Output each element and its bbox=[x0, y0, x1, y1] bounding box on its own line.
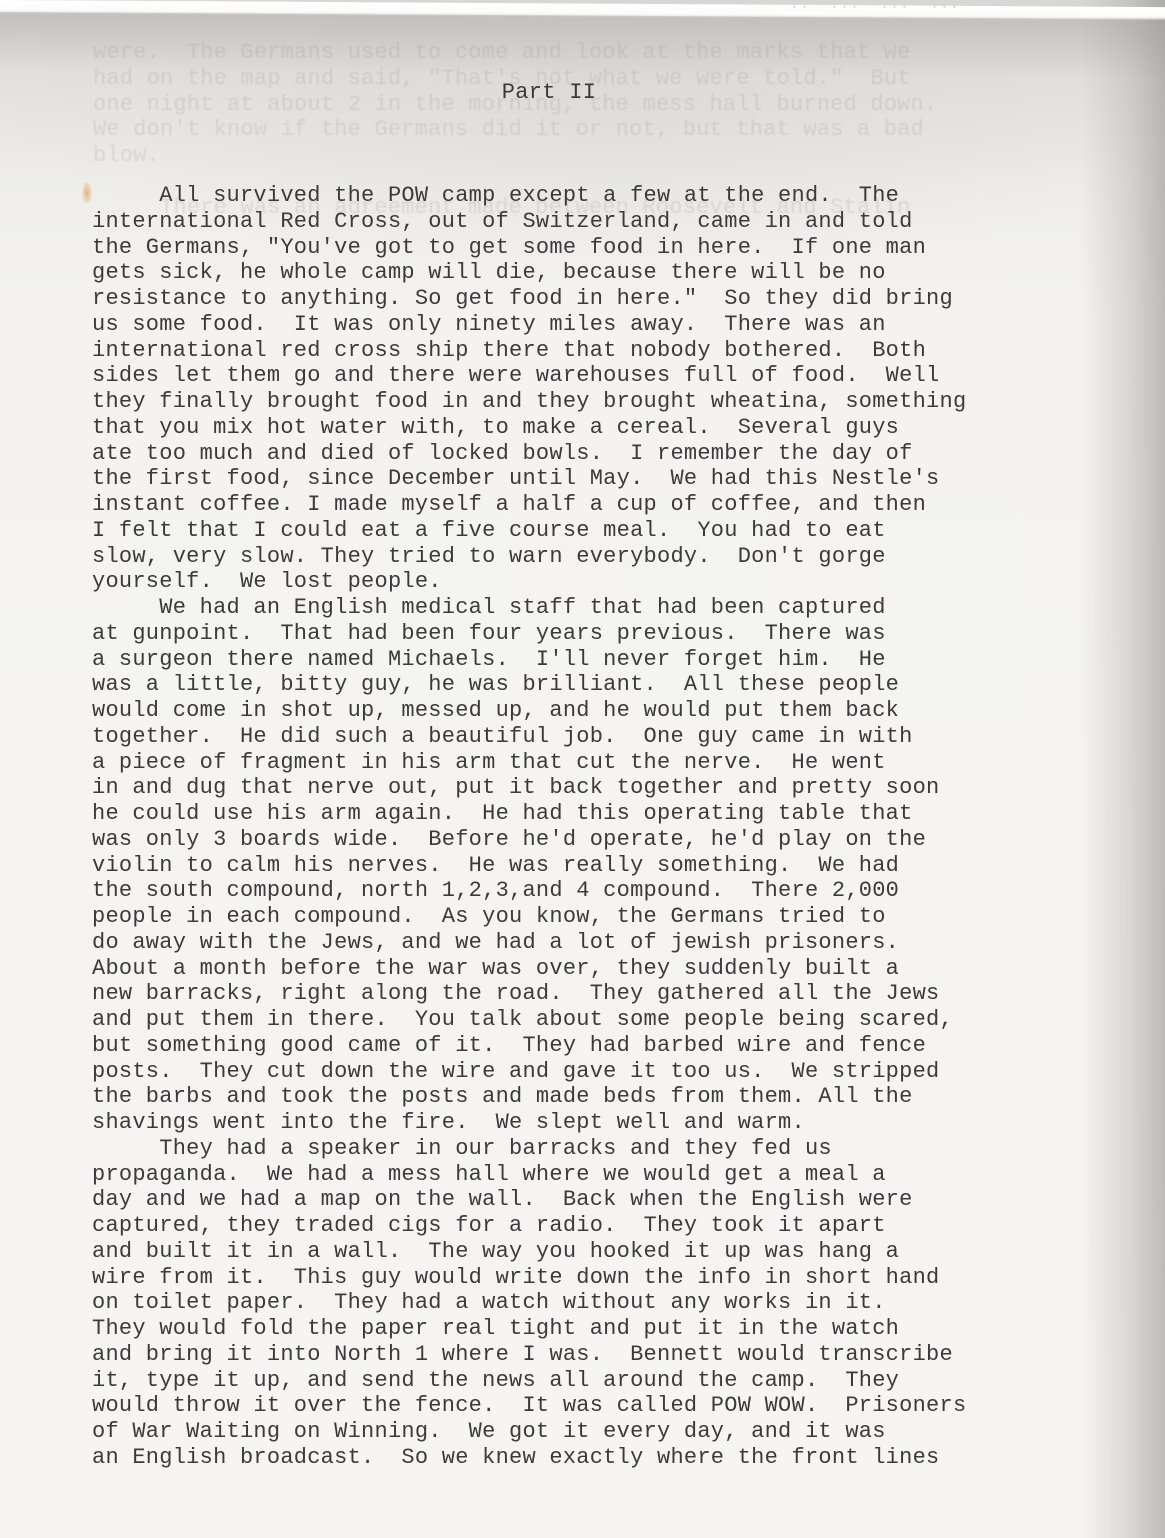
text-line: I felt that I could eat a five course me… bbox=[92, 518, 1152, 544]
text-line: sides let them go and there were warehou… bbox=[92, 363, 1152, 389]
text-line: slow, very slow. They tried to warn ever… bbox=[92, 544, 1152, 570]
text-line: They had a speaker in our barracks and t… bbox=[92, 1136, 1152, 1162]
bleed-through-line: were. The Germans used to come and look … bbox=[93, 40, 937, 66]
text-line: We had an English medical staff that had… bbox=[92, 595, 1152, 621]
text-line: yourself. We lost people. bbox=[92, 569, 1152, 595]
text-line: international Red Cross, out of Switzerl… bbox=[92, 209, 1152, 235]
paper-stain bbox=[82, 182, 92, 204]
text-line: was only 3 boards wide. Before he'd oper… bbox=[92, 827, 1152, 853]
text-line: instant coffee. I made myself a half a c… bbox=[92, 492, 1152, 518]
text-line: a piece of fragment in his arm that cut … bbox=[92, 750, 1152, 776]
text-line: They would fold the paper real tight and… bbox=[92, 1316, 1152, 1342]
text-line: All survived the POW camp except a few a… bbox=[92, 183, 1152, 209]
text-line: day and we had a map on the wall. Back w… bbox=[92, 1187, 1152, 1213]
text-line: captured, they traded cigs for a radio. … bbox=[92, 1213, 1152, 1239]
bleed-through-line: blow. bbox=[93, 143, 937, 169]
text-line: it, type it up, and send the news all ar… bbox=[92, 1368, 1152, 1394]
text-line: new barracks, right along the road. They… bbox=[92, 981, 1152, 1007]
text-line: the first food, since December until May… bbox=[92, 466, 1152, 492]
text-line: propaganda. We had a mess hall where we … bbox=[92, 1162, 1152, 1188]
text-line: together. He did such a beautiful job. O… bbox=[92, 724, 1152, 750]
text-line: violin to calm his nerves. He was really… bbox=[92, 853, 1152, 879]
text-line: that you mix hot water with, to make a c… bbox=[92, 415, 1152, 441]
document-page: .. ... ... ... were. The Germans used to… bbox=[0, 0, 1165, 1538]
text-line: shavings went into the fire. We slept we… bbox=[92, 1110, 1152, 1136]
text-line: ate too much and died of locked bowls. I… bbox=[92, 441, 1152, 467]
text-line: and put them in there. You talk about so… bbox=[92, 1007, 1152, 1033]
text-line: but something good came of it. They had … bbox=[92, 1033, 1152, 1059]
text-line: at gunpoint. That had been four years pr… bbox=[92, 621, 1152, 647]
page-title: Part II bbox=[0, 80, 1098, 105]
bleed-through-line: We don't know if the Germans did it or n… bbox=[93, 117, 937, 143]
text-line: us some food. It was only ninety miles a… bbox=[92, 312, 1152, 338]
text-line: wire from it. This guy would write down … bbox=[92, 1265, 1152, 1291]
text-line: and built it in a wall. The way you hook… bbox=[92, 1239, 1152, 1265]
text-line: the barbs and took the posts and made be… bbox=[92, 1084, 1152, 1110]
text-line: an English broadcast. So we knew exactly… bbox=[92, 1445, 1152, 1471]
text-line: would come in shot up, messed up, and he… bbox=[92, 698, 1152, 724]
text-line: do away with the Jews, and we had a lot … bbox=[92, 930, 1152, 956]
text-line: resistance to anything. So get food in h… bbox=[92, 286, 1152, 312]
text-line: international red cross ship there that … bbox=[92, 338, 1152, 364]
text-line: About a month before the war was over, t… bbox=[92, 956, 1152, 982]
text-line: in and dug that nerve out, put it back t… bbox=[92, 775, 1152, 801]
text-line: people in each compound. As you know, th… bbox=[92, 904, 1152, 930]
text-line: on toilet paper. They had a watch withou… bbox=[92, 1290, 1152, 1316]
text-line: a surgeon there named Michaels. I'll nev… bbox=[92, 647, 1152, 673]
text-line: they finally brought food in and they br… bbox=[92, 389, 1152, 415]
text-line: of War Waiting on Winning. We got it eve… bbox=[92, 1419, 1152, 1445]
text-line: the south compound, north 1,2,3,and 4 co… bbox=[92, 878, 1152, 904]
edge-text: .. ... ... ... bbox=[790, 0, 960, 13]
text-line: would throw it over the fence. It was ca… bbox=[92, 1393, 1152, 1419]
document-body: All survived the POW camp except a few a… bbox=[92, 183, 1152, 1471]
text-line: and bring it into North 1 where I was. B… bbox=[92, 1342, 1152, 1368]
text-line: was a little, bitty guy, he was brillian… bbox=[92, 672, 1152, 698]
text-line: gets sick, he whole camp will die, becau… bbox=[92, 260, 1152, 286]
text-line: posts. They cut down the wire and gave i… bbox=[92, 1059, 1152, 1085]
text-line: the Germans, "You've got to get some foo… bbox=[92, 235, 1152, 261]
text-line: he could use his arm again. He had this … bbox=[92, 801, 1152, 827]
